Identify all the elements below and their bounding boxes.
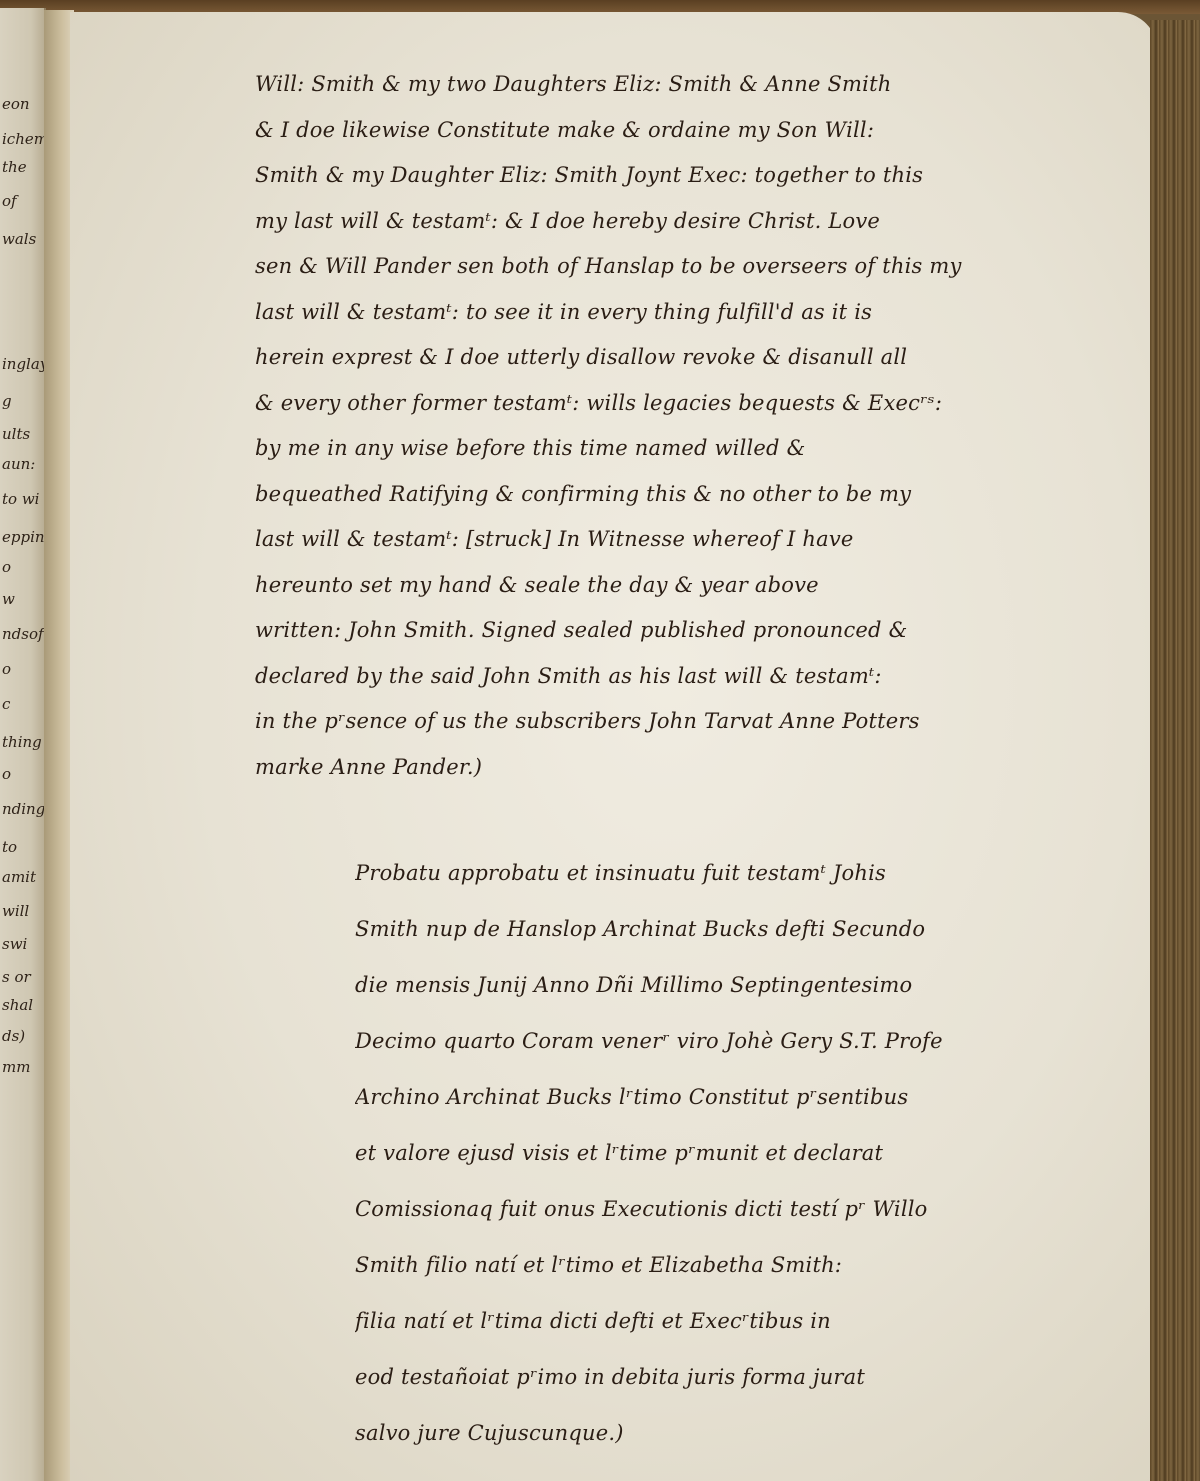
probate-line: filia natí et lʳtima dicti defti et Exec… <box>355 1293 1135 1349</box>
left-page-fragment: w <box>2 590 15 608</box>
probate-line: et valore ejusd visis et lʳtime pʳmunit … <box>355 1125 1135 1181</box>
will-text: Will: Smith & my two Daughters Eliz: Smi… <box>255 62 1135 790</box>
probate-text: Probatu approbatu et insinuatu fuit test… <box>355 845 1135 1461</box>
probate-line: Smith nup de Hanslop Archinat Bucks deft… <box>355 901 1135 957</box>
left-page-fragment: ds) <box>2 1027 25 1045</box>
left-page-fragment: will <box>2 902 29 920</box>
will-line: by me in any wise before this time named… <box>255 426 1135 472</box>
left-page-fragment: s or <box>2 968 31 986</box>
probate-line: die mensis Junij Anno Dñi Millimo Septin… <box>355 957 1135 1013</box>
book-page-edges <box>1150 20 1200 1481</box>
will-line: bequeathed Ratifying & confirming this &… <box>255 472 1135 518</box>
left-page-fragment: c <box>2 695 10 713</box>
left-page-fragment: nding <box>2 800 45 818</box>
probate-line: Probatu approbatu et insinuatu fuit test… <box>355 845 1135 901</box>
left-page-fragment: to wi <box>2 490 39 508</box>
left-page-fragment: eppin <box>2 528 45 546</box>
probate-line: Smith filio natí et lʳtimo et Elizabetha… <box>355 1237 1135 1293</box>
will-line: Smith & my Daughter Eliz: Smith Joynt Ex… <box>255 153 1135 199</box>
will-line: in the pʳsence of us the subscribers Joh… <box>255 699 1135 745</box>
will-line: & every other former testamᵗ: wills lega… <box>255 381 1135 427</box>
probate-line: eod testañoiat pʳimo in debita juris for… <box>355 1349 1135 1405</box>
left-page-fragment: thing <box>2 733 42 751</box>
left-page-fragment: of <box>2 192 17 210</box>
left-page-fragment: inglay <box>2 355 46 373</box>
will-line: sen & Will Pander sen both of Hanslap to… <box>255 244 1135 290</box>
will-line: & I doe likewise Constitute make & ordai… <box>255 108 1135 154</box>
left-page-fragment: amit <box>2 868 36 886</box>
will-line: herein exprest & I doe utterly disallow … <box>255 335 1135 381</box>
left-page-fragment: ichem <box>2 130 46 148</box>
will-line: Will: Smith & my two Daughters Eliz: Smi… <box>255 62 1135 108</box>
left-page-fragment: the <box>2 158 27 176</box>
will-line: marke Anne Pander.) <box>255 745 1135 791</box>
probate-line: Decimo quarto Coram venerʳ viro Johè Ger… <box>355 1013 1135 1069</box>
left-page-fragment: ults <box>2 425 30 443</box>
will-line: written: John Smith. Signed sealed publi… <box>255 608 1135 654</box>
will-line: last will & testamᵗ: [struck] In Witness… <box>255 517 1135 563</box>
left-page-fragment: swi <box>2 935 27 953</box>
left-page-fragment: g <box>2 392 12 410</box>
left-page-fragment: eon <box>2 95 30 113</box>
left-page-fragment: to <box>2 838 17 856</box>
left-page-fragment: shal <box>2 996 33 1014</box>
left-page-fragment: o <box>2 765 11 783</box>
left-page-fragment: aun: <box>2 455 35 473</box>
left-page-fragment: ndsof <box>2 625 44 643</box>
probate-line: Comissionaq fuit onus Executionis dicti … <box>355 1181 1135 1237</box>
left-page-fragment: mm <box>2 1058 30 1076</box>
will-line: hereunto set my hand & seale the day & y… <box>255 563 1135 609</box>
left-page-fragment: wals <box>2 230 36 248</box>
left-page-fragment: o <box>2 558 11 576</box>
will-line: my last will & testamᵗ: & I doe hereby d… <box>255 199 1135 245</box>
will-line: last will & testamᵗ: to see it in every … <box>255 290 1135 336</box>
probate-line: Archino Archinat Bucks lʳtimo Constitut … <box>355 1069 1135 1125</box>
left-facing-page: eonichemtheofwalsinglaygultsaun:to wiepp… <box>0 8 46 1481</box>
probate-line: salvo jure Cujuscunque.) <box>355 1405 1135 1461</box>
will-line: declared by the said John Smith as his l… <box>255 654 1135 700</box>
left-page-fragment: o <box>2 660 11 678</box>
